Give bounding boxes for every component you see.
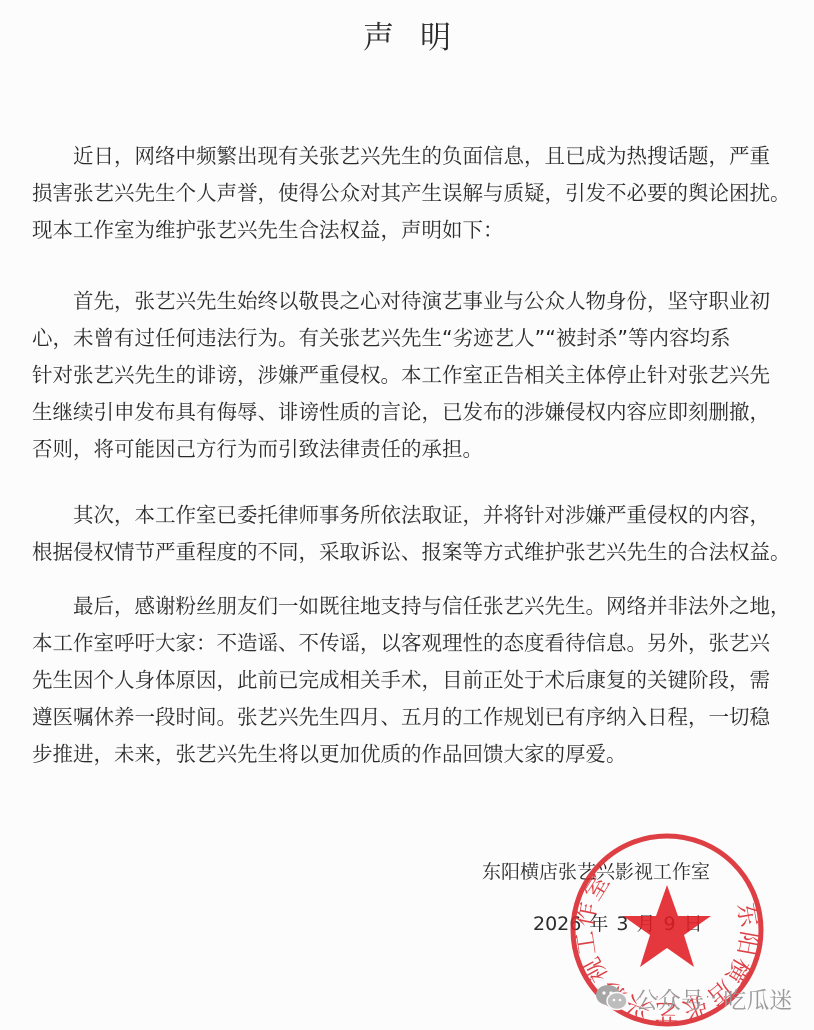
date-month: 3: [616, 913, 628, 935]
paragraph-line: 遵医嘱休养一段时间。张艺兴先生四月、五月的工作规划已有序纳入日程，一切稳: [32, 699, 792, 736]
date-day: 9: [663, 913, 675, 935]
date-day-unit: 日: [684, 913, 703, 935]
paragraph-line: 针对张艺兴先生的诽谤，涉嫌严重侵权。本工作室正告相关主体停止针对张艺兴先: [32, 357, 792, 394]
paragraph-line: 近日，网络中频繁出现有关张艺兴先生的负面信息，且已成为热搜话题，严重: [32, 138, 792, 175]
document-title: 声明: [0, 18, 814, 58]
paragraph-second: 其次，本工作室已委托律师事务所依法取证，并将针对涉嫌严重侵权的内容， 根据侵权情…: [32, 497, 792, 571]
watermark-separator: ·: [710, 985, 717, 1011]
paragraph-first: 首先，张艺兴先生始终以敬畏之心对待演艺事业与公众人物身份，坚守职业初 心，未曾有…: [32, 283, 792, 468]
statement-document: 声明 近日，网络中频繁出现有关张艺兴先生的负面信息，且已成为热搜话题，严重 损害…: [0, 0, 814, 1030]
paragraph-line: 其次，本工作室已委托律师事务所依法取证，并将针对涉嫌严重侵权的内容，: [32, 497, 792, 534]
paragraph-line: 损害张艺兴先生个人声誉，使得公众对其产生误解与质疑，引发不必要的舆论困扰。: [32, 175, 792, 212]
signature-date: 2026年3月9日: [533, 909, 703, 939]
paragraph-line: 本工作室呼吁大家：不造谣、不传谣，以客观理性的态度看待信息。另外，张艺兴: [32, 625, 792, 662]
date-month-unit: 月: [636, 913, 655, 935]
signature-organization: 东阳横店张艺兴影视工作室: [482, 857, 710, 887]
date-year-unit: 年: [589, 913, 608, 935]
wechat-icon: [595, 984, 629, 1012]
watermark-label: 公众号: [635, 982, 704, 1015]
paragraph-line: 生继续引申发布具有侮辱、诽谤性质的言论，已发布的涉嫌侵权内容应即刻删撤，: [32, 394, 792, 431]
paragraph-line: 首先，张艺兴先生始终以敬畏之心对待演艺事业与公众人物身份，坚守职业初: [32, 283, 792, 320]
paragraph-intro: 近日，网络中频繁出现有关张艺兴先生的负面信息，且已成为热搜话题，严重 损害张艺兴…: [32, 138, 792, 249]
paragraph-line: 根据侵权情节严重程度的不同，采取诉讼、报案等方式维护张艺兴先生的合法权益。: [32, 534, 792, 571]
paragraph-last: 最后，感谢粉丝朋友们一如既往地支持与信任张艺兴先生。网络并非法外之地， 本工作室…: [32, 588, 792, 773]
paragraph-line: 心，未曾有过任何违法行为。有关张艺兴先生“劣迹艺人”“被封杀”等内容均系: [32, 320, 792, 357]
date-year: 2026: [533, 913, 581, 935]
paragraph-line: 现本工作室为维护张艺兴先生合法权益，声明如下：: [32, 212, 792, 249]
paragraph-line: 步推进，未来，张艺兴先生将以更加优质的作品回馈大家的厚爱。: [32, 736, 792, 773]
wechat-watermark: 公众号 · 吃瓜迷: [595, 982, 792, 1014]
watermark-account: 吃瓜迷: [723, 982, 792, 1015]
paragraph-line: 最后，感谢粉丝朋友们一如既往地支持与信任张艺兴先生。网络并非法外之地，: [32, 588, 792, 625]
paragraph-line: 先生因个人身体原因，此前已完成相关手术，目前正处于术后康复的关键阶段，需: [32, 662, 792, 699]
paragraph-line: 否则，将可能因己方行为而引致法律责任的承担。: [32, 431, 792, 468]
